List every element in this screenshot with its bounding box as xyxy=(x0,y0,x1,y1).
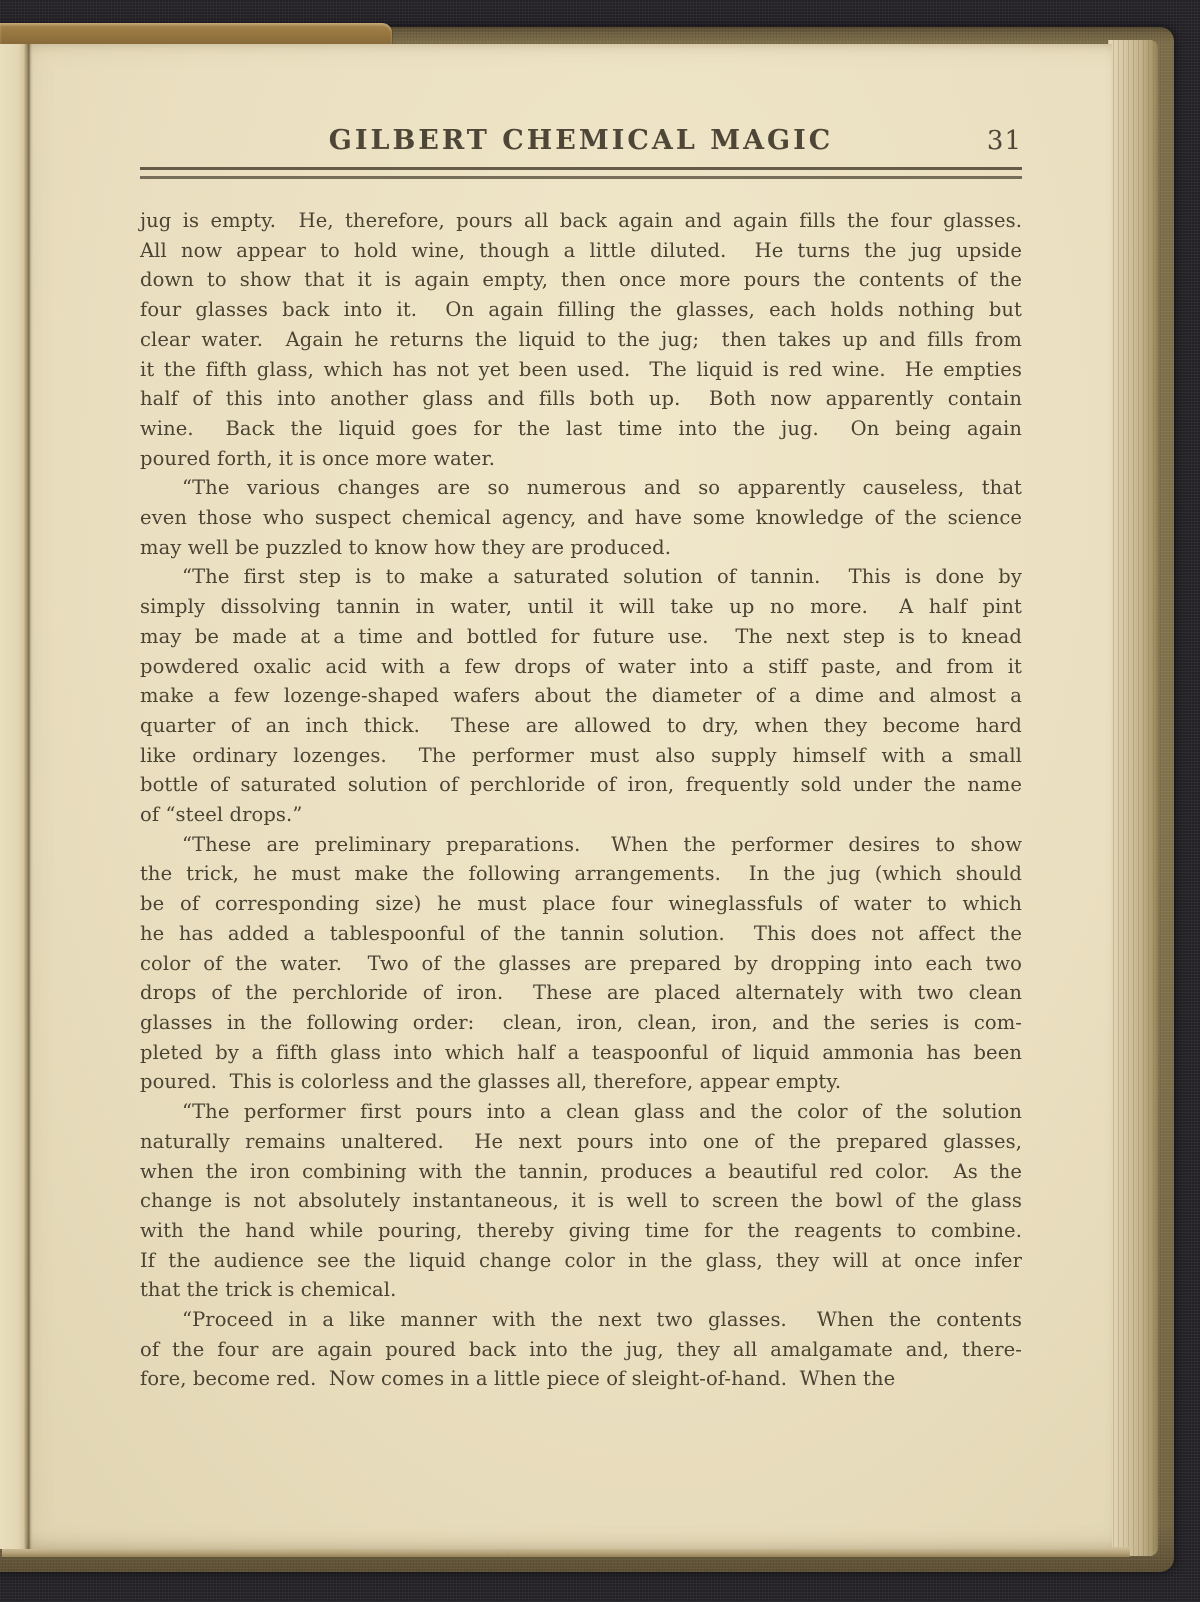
text-line: bottle of saturated solution of perchlor… xyxy=(140,770,1022,800)
text-line: when the iron combining with the tannin,… xyxy=(140,1157,1022,1187)
text-line: it the fifth glass, which has not yet be… xyxy=(140,355,1022,385)
text-line: four glasses back into it. On again fill… xyxy=(140,295,1022,325)
text-line: naturally remains unaltered. He next pou… xyxy=(140,1127,1022,1157)
text-line: poured forth, it is once more water. xyxy=(140,444,1022,474)
running-header: GILBERT CHEMICAL MAGIC 31 xyxy=(140,122,1022,160)
text-line: jug is empty. He, therefore, pours all b… xyxy=(140,206,1022,236)
page-number: 31 xyxy=(987,122,1022,160)
text-line: simply dissolving tannin in water, until… xyxy=(140,592,1022,622)
paragraph: “The performer first pours into a clean … xyxy=(140,1097,1022,1305)
text-line: that the trick is chemical. xyxy=(140,1275,1022,1305)
text-line: may well be puzzled to know how they are… xyxy=(140,533,1022,563)
text-line: “The various changes are so numerous and… xyxy=(140,473,1022,503)
text-line: “The first step is to make a saturated s… xyxy=(140,562,1022,592)
text-line: may be made at a time and bottled for fu… xyxy=(140,622,1022,652)
text-line: even those who suspect chemical agency, … xyxy=(140,503,1022,533)
fore-edge-page-stack xyxy=(1108,40,1158,1556)
text-line: down to show that it is again empty, the… xyxy=(140,265,1022,295)
paragraph: “The various changes are so numerous and… xyxy=(140,473,1022,562)
text-line: wine. Back the liquid goes for the last … xyxy=(140,414,1022,444)
text-line: make a few lozenge-shaped wafers about t… xyxy=(140,681,1022,711)
text-line: If the audience see the liquid change co… xyxy=(140,1246,1022,1276)
text-line: of the four are again poured back into t… xyxy=(140,1335,1022,1365)
text-line: “These are preliminary preparations. Whe… xyxy=(140,830,1022,860)
text-line: clear water. Again he returns the liquid… xyxy=(140,325,1022,355)
text-line: he has added a tablespoonful of the tann… xyxy=(140,919,1022,949)
text-line: powdered oxalic acid with a few drops of… xyxy=(140,652,1022,682)
text-line: drops of the perchloride of iron. These … xyxy=(140,978,1022,1008)
text-line: color of the water. Two of the glasses a… xyxy=(140,949,1022,979)
header-rule-top xyxy=(140,167,1022,170)
paragraph: “Proceed in a like manner with the next … xyxy=(140,1305,1022,1394)
text-block: jug is empty. He, therefore, pours all b… xyxy=(140,206,1022,1394)
text-line: “The performer first pours into a clean … xyxy=(140,1097,1022,1127)
header-rule-bottom xyxy=(140,176,1022,179)
text-line: glasses in the following order: clean, i… xyxy=(140,1008,1022,1038)
book-photo: GILBERT CHEMICAL MAGIC 31 jug is empty. … xyxy=(0,0,1200,1602)
printed-content: GILBERT CHEMICAL MAGIC 31 jug is empty. … xyxy=(140,122,1022,1394)
gutter-page-sliver xyxy=(0,44,26,1549)
text-line: poured. This is colorless and the glasse… xyxy=(140,1067,1022,1097)
text-line: like ordinary lozenges. The performer mu… xyxy=(140,741,1022,771)
text-line: pleted by a fifth glass into which half … xyxy=(140,1038,1022,1068)
book-page: GILBERT CHEMICAL MAGIC 31 jug is empty. … xyxy=(0,44,1112,1549)
text-line: of “steel drops.” xyxy=(140,800,1022,830)
page-title: GILBERT CHEMICAL MAGIC xyxy=(140,122,1022,160)
text-line: All now appear to hold wine, though a li… xyxy=(140,236,1022,266)
text-line: be of corresponding size) he must place … xyxy=(140,889,1022,919)
paragraph: jug is empty. He, therefore, pours all b… xyxy=(140,206,1022,473)
text-line: fore, become red. Now comes in a little … xyxy=(140,1364,1022,1394)
text-line: quarter of an inch thick. These are allo… xyxy=(140,711,1022,741)
text-line: the trick, he must make the following ar… xyxy=(140,859,1022,889)
gutter-crease xyxy=(24,44,33,1549)
paragraph: “These are preliminary preparations. Whe… xyxy=(140,830,1022,1097)
header-rules xyxy=(140,167,1022,179)
text-line: half of this into another glass and fill… xyxy=(140,384,1022,414)
text-line: with the hand while pouring, thereby giv… xyxy=(140,1216,1022,1246)
paragraph: “The first step is to make a saturated s… xyxy=(140,562,1022,829)
text-line: change is not absolutely instantaneous, … xyxy=(140,1186,1022,1216)
text-line: “Proceed in a like manner with the next … xyxy=(140,1305,1022,1335)
